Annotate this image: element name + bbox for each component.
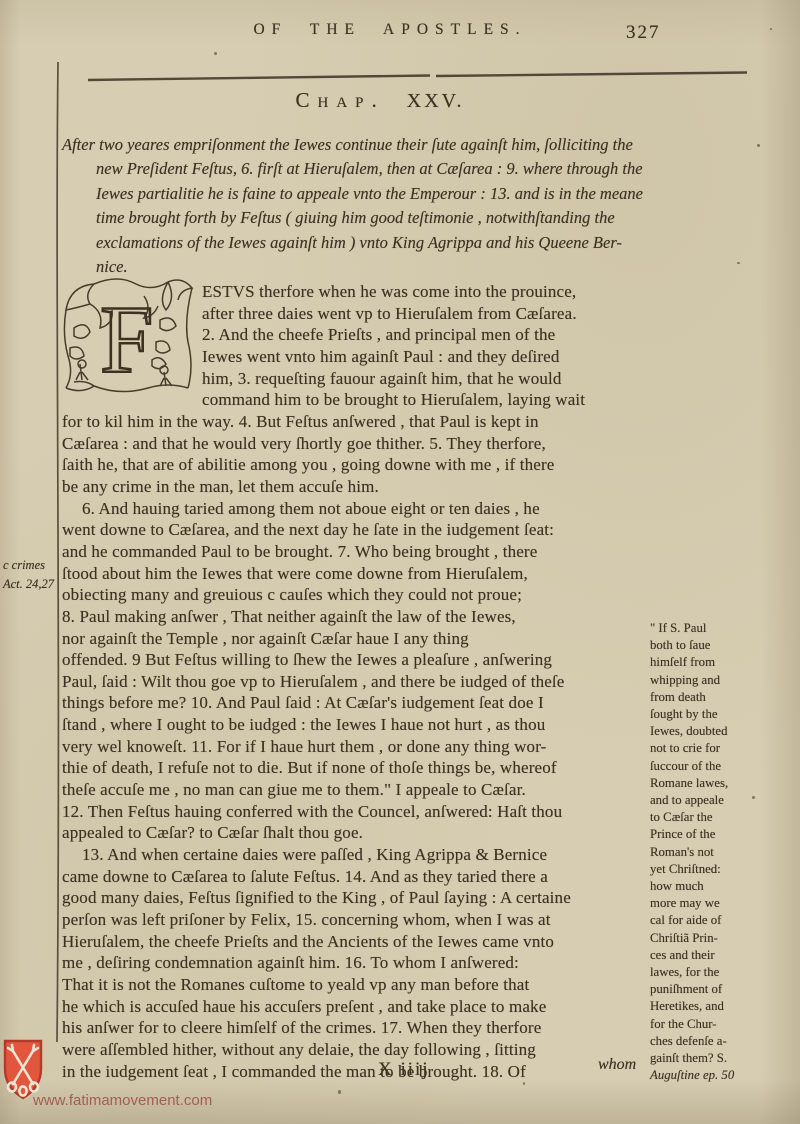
body-text-line: 2. And the cheefe Prieſts , and principa…: [62, 324, 654, 346]
chapter-argument: After two yeares empriſonment the Iewes …: [62, 133, 722, 279]
left-margin-note-line: c crimes: [3, 556, 57, 575]
right-margin-note-line: gainſt them? S.: [650, 1050, 798, 1067]
running-header: OF THE APOSTLES.: [170, 21, 610, 39]
argument-line: exclamations of the Iewes againſt him ) …: [62, 231, 722, 255]
right-margin-note-line: whipping and: [650, 672, 798, 689]
body-text-line: theſe accuſe me , no man can giue me to …: [62, 779, 654, 801]
body-text-line: perſon was left priſoner by Felix, 15. c…: [62, 909, 654, 931]
right-margin-note-line: himſelf from: [650, 654, 798, 671]
body-text-line: ſaith he, that are of abilitie among you…: [62, 454, 654, 476]
argument-line: After two yeares empriſonment the Iewes …: [62, 133, 722, 157]
body-text-line: were aſſembled hither, without any delai…: [62, 1039, 654, 1061]
body-text-line: and he commanded Paul to be brought. 7. …: [62, 541, 654, 563]
right-margin-note-line: Prince of the: [650, 826, 798, 843]
right-margin-annotation: " If S. Paulboth to ſauehimſelf fromwhip…: [650, 620, 798, 1084]
body-text-line: thie of death, I refuſe not to die. But …: [62, 757, 654, 779]
right-margin-note-line: not to crie for: [650, 740, 798, 757]
right-margin-note-line: how much: [650, 878, 798, 895]
right-margin-note-line: cal for aide of: [650, 912, 798, 929]
body-text-line: obiecting many and greuious c cauſes whi…: [62, 584, 654, 606]
body-text-line: ſtood about him the Iewes that were come…: [62, 563, 654, 585]
scan-speck: [523, 1082, 525, 1085]
right-margin-note-line: from death: [650, 689, 798, 706]
body-text-line: command him to be brought to Hieruſalem,…: [62, 389, 654, 411]
body-text-line: me , deſiring condemnation againſt him. …: [62, 952, 654, 974]
body-text-line: ſtand , where I ought to be iudged : the…: [62, 714, 654, 736]
argument-line: Iewes partialitie he is faine to appeale…: [62, 182, 722, 206]
body-text-line: offended. 9 But Feſtus willing to ſhew t…: [62, 649, 654, 671]
body-text-line: 8. Paul making anſwer , That neither aga…: [62, 606, 654, 628]
chapter-label: Chap.: [295, 88, 384, 112]
body-text-line: he which is accuſed haue his accuſers pr…: [62, 996, 654, 1018]
body-text-line: came downe to Cæſarea to ſalute Feſtus. …: [62, 866, 654, 888]
body-text-column: ESTVS therfore when he was come into the…: [62, 281, 654, 1082]
body-text-line: after three daies went vp to Hieruſalem …: [62, 303, 654, 325]
right-margin-note-line: for the Chur-: [650, 1016, 798, 1033]
right-margin-note-line: ces and their: [650, 947, 798, 964]
right-margin-note-line: lawes, for the: [650, 964, 798, 981]
body-text-line: good many daies, Feſtus ſignified to the…: [62, 887, 654, 909]
right-margin-note-line: " If S. Paul: [650, 620, 798, 637]
right-margin-note-line: ſuccour of the: [650, 758, 798, 775]
right-margin-note-line: both to ſaue: [650, 637, 798, 654]
right-margin-note-line: ches defenſe a-: [650, 1033, 798, 1050]
body-text-line: went downe to Cæſarea, and the next day …: [62, 519, 654, 541]
body-text-line: That it is not the Romanes cuſtome to ye…: [62, 974, 654, 996]
page-number: 327: [626, 22, 661, 44]
argument-line: new Preſident Feſtus, 6. firſt at Hieruſ…: [62, 157, 722, 181]
watermark-url: www.fatimamovement.com: [33, 1092, 212, 1109]
body-text-line: 6. And hauing taried among them not abou…: [62, 498, 654, 520]
body-text-line: nor againſt the Temple , nor againſt Cæſ…: [62, 628, 654, 650]
body-text-line: Paul, ſaid : Wilt thou goe vp to Hieruſa…: [62, 671, 654, 693]
body-text-line: Cæſarea : and that he would very ſhortly…: [62, 433, 654, 455]
left-margin-note-line: Act. 24,27: [3, 575, 57, 594]
scan-speck: [338, 1090, 341, 1094]
scan-speck: [214, 52, 217, 55]
chapter-heading: Chap.XXV.: [235, 88, 525, 113]
chapter-numeral: XXV.: [407, 90, 465, 112]
scan-speck: [752, 796, 755, 799]
right-margin-note-line: yet Chriſtned:: [650, 861, 798, 878]
right-margin-note-line: Heretikes, and: [650, 998, 798, 1015]
body-text-line: in the iudgement ſeat , I commanded the …: [62, 1061, 654, 1083]
left-margin-note: c crimesAct. 24,27: [3, 556, 57, 594]
right-margin-note-line: more may we: [650, 895, 798, 912]
body-text-line: his anſwer for to cleere himſelf of the …: [62, 1017, 654, 1039]
body-text-line: very wel knoweſt. 11. For if I haue hurt…: [62, 736, 654, 758]
argument-line: time brought forth by Feſtus ( giuing hi…: [62, 206, 722, 230]
body-text-line: Hieruſalem, the cheefe Prieſts and the A…: [62, 931, 654, 953]
scan-speck: [737, 262, 740, 264]
catchword: whom: [598, 1056, 636, 1074]
right-margin-note-line: to Cæſar the: [650, 809, 798, 826]
right-margin-note-line: Auguſtine ep. 50: [650, 1067, 798, 1084]
body-text-line: ESTVS therfore when he was come into the…: [62, 281, 654, 303]
right-margin-note-line: Iewes, doubted: [650, 723, 798, 740]
body-text-line: appealed to Cæſar? to Cæſar ſhalt thou g…: [62, 822, 654, 844]
right-margin-note-line: Roman's not: [650, 844, 798, 861]
body-text-line: things before me? 10. And Paul ſaid : At…: [62, 692, 654, 714]
right-margin-note-line: puniſhment of: [650, 981, 798, 998]
body-text-line: for to kil him in the way. 4. But Feſtus…: [62, 411, 654, 433]
scan-speck: [757, 144, 760, 147]
body-text-line: Iewes went vnto him againſt Paul : and t…: [62, 346, 654, 368]
body-text-line: be any crime in the man, let them accuſe…: [62, 476, 654, 498]
right-margin-note-line: ſought by the: [650, 706, 798, 723]
signature-mark: X iiij: [378, 1059, 430, 1081]
right-margin-note-line: Romane lawes,: [650, 775, 798, 792]
body-text-line: 13. And when certaine daies were paſſed …: [62, 844, 654, 866]
right-margin-note-line: and to appeale: [650, 792, 798, 809]
scan-speck: [770, 28, 772, 30]
right-margin-note-line: Chriſtiã Prin-: [650, 930, 798, 947]
body-text-line: 12. Then Feſtus hauing conferred with th…: [62, 801, 654, 823]
body-text-line: him, 3. requeſting fauour againſt him, t…: [62, 368, 654, 390]
